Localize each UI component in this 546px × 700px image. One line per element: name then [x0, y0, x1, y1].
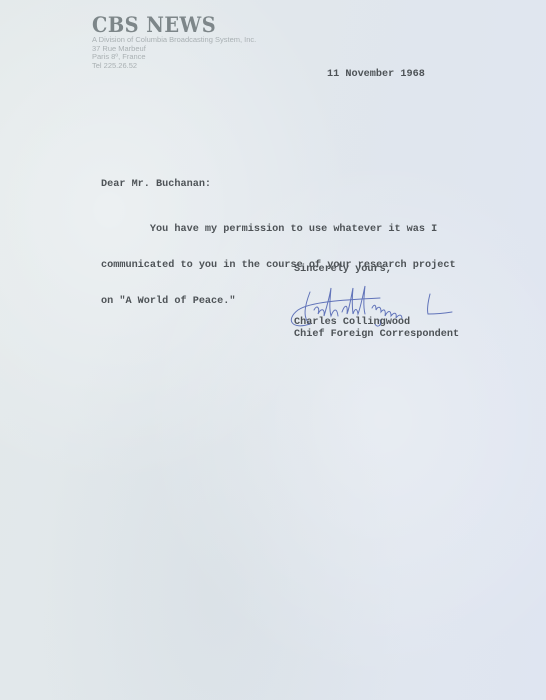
closing: Sincerely yours,	[294, 264, 392, 276]
paper-background	[0, 0, 546, 700]
signer-name: Charles Collingwood	[294, 317, 410, 329]
letterhead-phone: Tel 225.26.52	[92, 62, 256, 71]
letterhead-title: CBS NEWS	[92, 14, 243, 36]
signer-title: Chief Foreign Correspondent	[294, 329, 459, 341]
body-line: You have my permission to use whatever i…	[101, 224, 456, 236]
salutation: Dear Mr. Buchanan:	[101, 179, 211, 191]
letterhead: CBS NEWS A Division of Columbia Broadcas…	[92, 14, 256, 70]
body-line: communicated to you in the course of you…	[101, 260, 456, 272]
letter-date: 11 November 1968	[327, 69, 425, 81]
